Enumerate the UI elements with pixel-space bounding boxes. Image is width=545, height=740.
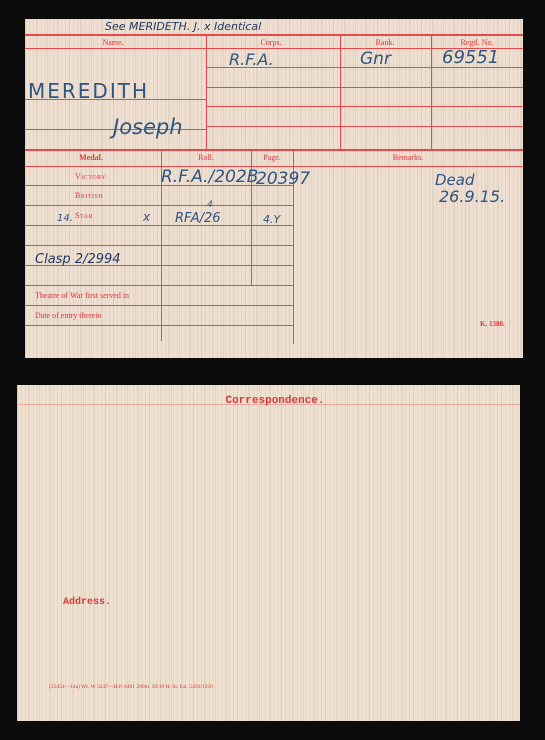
medal-card-front: See MERIDETH. J. x Identical Name. Corps… — [25, 19, 523, 358]
divider — [340, 34, 341, 149]
regtl-no-entry: 69551 — [442, 47, 499, 68]
star-prefix-entry: 14. — [57, 213, 73, 224]
rule — [25, 305, 293, 306]
star-mark-entry: x — [143, 210, 150, 224]
star-roll-entry: RFA/26 — [175, 211, 221, 226]
regtl-no-column-label: Regtl. No. — [460, 38, 493, 47]
rule — [207, 106, 523, 107]
forename-entry: Joseph — [113, 115, 183, 139]
surname-entry: MEREDITH — [28, 79, 149, 103]
rank-entry: Gnr — [360, 49, 391, 69]
faint-rule — [17, 404, 520, 405]
rule — [25, 285, 293, 286]
name-column-label: Name. — [102, 38, 123, 47]
rule — [207, 87, 523, 88]
corps-entry: R.F.A. — [229, 50, 274, 69]
top-rule — [25, 34, 523, 36]
medal-british-label: British — [75, 191, 103, 200]
rule — [25, 325, 293, 326]
corps-column-label: Corps. — [260, 38, 281, 47]
form-code: K. 1380. — [480, 320, 505, 328]
rule — [207, 126, 523, 127]
printer-imprint: (25454—14a) Wt. W 3247—H.P. 6481 200m. 1… — [49, 684, 213, 690]
rule — [25, 205, 293, 206]
correspondence-heading: Correspondence. — [225, 395, 324, 407]
address-label: Address. — [63, 597, 111, 608]
victory-page-entry: 20397 — [256, 169, 310, 189]
header-note: See MERIDETH. J. x Identical — [105, 20, 261, 33]
star-page-entry: 4.Y — [263, 213, 280, 226]
remarks-date-entry: 26.9.15. — [439, 187, 505, 206]
clasp-entry: Clasp 2/2994 — [35, 252, 121, 267]
theatre-of-war-label: Theatre of War first served in — [35, 291, 129, 300]
rank-column-label: Rank. — [376, 38, 395, 47]
divider — [206, 34, 207, 149]
rule — [25, 225, 293, 226]
section-rule — [25, 149, 523, 151]
roll-column-label: Roll. — [198, 153, 214, 162]
star-roll-note: 4 — [207, 200, 213, 210]
victory-roll-entry: R.F.A./202B — [161, 167, 258, 187]
medal-star-label: Star — [75, 211, 93, 220]
medal-victory-label: Victory — [75, 172, 106, 181]
remarks-column-label: Remarks. — [393, 153, 423, 162]
medal-card-back: Correspondence. Address. (25454—14a) Wt.… — [17, 385, 520, 721]
medal-column-label: Medal. — [79, 153, 103, 162]
page-column-label: Page. — [263, 153, 281, 162]
rule — [25, 245, 293, 246]
date-of-entry-label: Date of entry therein — [35, 311, 101, 320]
divider — [431, 34, 432, 149]
rule — [25, 166, 523, 167]
